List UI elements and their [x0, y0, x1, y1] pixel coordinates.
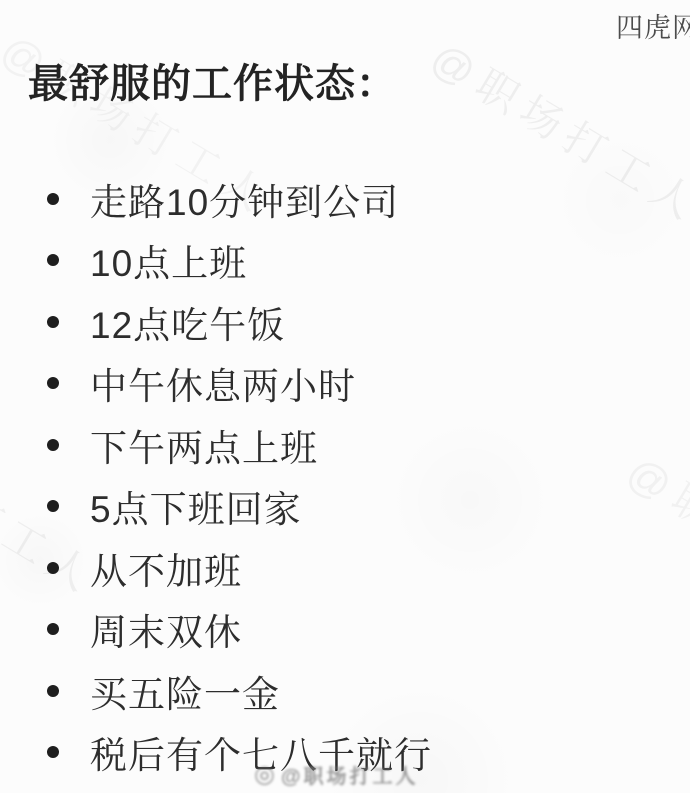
list-item: 下午两点上班: [0, 414, 690, 476]
list-item: 周末双休: [0, 599, 690, 661]
list-item: 税后有个七八千就行: [0, 722, 690, 784]
list-item: 10点上班: [0, 230, 690, 292]
list-item: 走路10分钟到公司: [0, 168, 690, 230]
list-item: 12点吃午饭: [0, 291, 690, 353]
list-item: 5点下班回家: [0, 476, 690, 538]
meme-image-page: 四虎网 @职场打工人 @职场打工人 @职场打工人 @职场打工人 最舒服的工作状态…: [0, 0, 690, 793]
work-state-list: 走路10分钟到公司 10点上班 12点吃午饭 中午休息两小时 下午两点上班 5点…: [0, 168, 690, 783]
list-item: 从不加班: [0, 537, 690, 599]
page-title: 最舒服的工作状态：: [28, 52, 397, 109]
site-watermark: 四虎网: [616, 6, 690, 45]
list-item: 买五险一金: [0, 660, 690, 722]
list-item: 中午休息两小时: [0, 353, 690, 415]
